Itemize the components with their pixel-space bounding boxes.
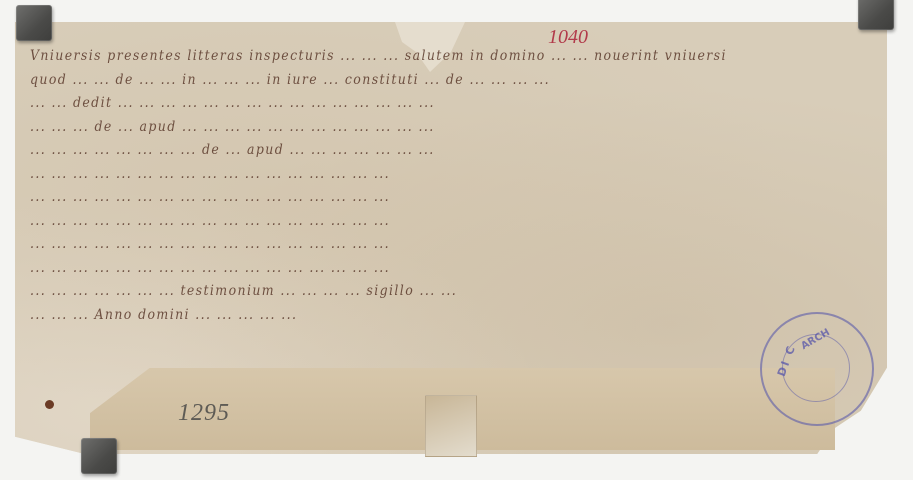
ink-stain (45, 400, 54, 409)
text-line: ... ... ... ... ... ... ... ... ... ... … (30, 235, 885, 261)
magnet-weight-top-right (858, 0, 894, 30)
text-line: ... ... ... ... ... ... ... ... ... ... … (30, 188, 885, 214)
magnet-weight-top-left (16, 5, 52, 41)
charter-text: Vniuersis presentes litteras inspecturis… (30, 48, 885, 330)
text-line: ... ... dedit ... ... ... ... ... ... ..… (30, 94, 885, 120)
text-line: ... ... ... ... ... ... ... ... ... ... … (30, 211, 885, 237)
magnet-weight-bottom-left (81, 438, 117, 474)
text-line: ... ... ... ... ... ... ... ... ... ... … (30, 258, 885, 284)
text-line: ... ... ... ... ... ... ... ... de ... a… (30, 141, 885, 167)
seal-tag-slot (425, 395, 477, 457)
text-line: Vniuersis presentes litteras inspecturis… (30, 47, 885, 73)
text-line: ... ... ... de ... apud ... ... ... ... … (30, 117, 885, 143)
archive-stamp: DI C ARCH (760, 312, 874, 426)
text-line: ... ... ... Anno domini ... ... ... ... … (30, 305, 885, 331)
shelfmark-number: 1040 (548, 26, 588, 49)
text-line: ... ... ... ... ... ... ... testimonium … (30, 282, 885, 308)
pencil-archive-number: 1295 (178, 400, 230, 427)
text-line: ... ... ... ... ... ... ... ... ... ... … (30, 164, 885, 190)
text-line: quod ... ... de ... ... in ... ... ... i… (30, 70, 885, 96)
